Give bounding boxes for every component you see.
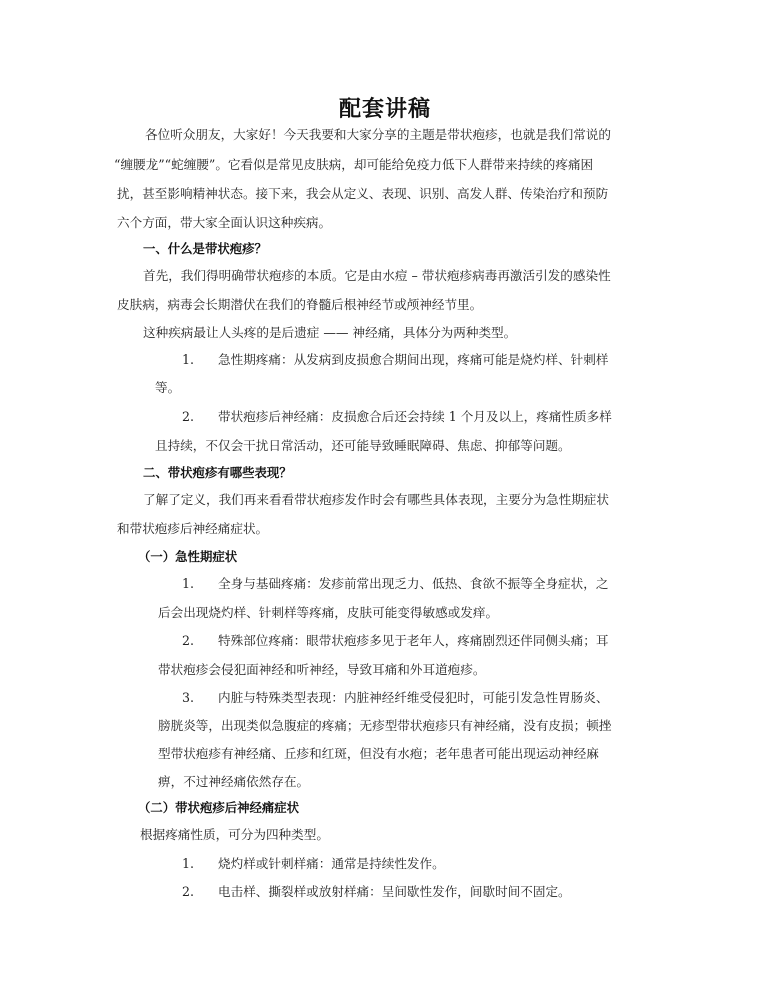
- list-number: 1.: [182, 352, 218, 368]
- list-number: 2.: [182, 409, 218, 425]
- section-heading: 二、带状疱疹有哪些表现？: [143, 465, 292, 481]
- list-item: 3.内脏与特殊类型表现：内脏神经纤维受侵犯时，可能引发急性胃肠炎、: [182, 690, 608, 706]
- intro-line: 六个方面，带大家全面认识这种疾病。: [117, 215, 331, 231]
- list-item-continuation: 膀胱炎等，出现类似急腹症的疼痛；无疹型带状疱疹只有神经痛，没有皮损；顿挫: [158, 718, 611, 734]
- subsection-heading: （二）带状疱疹后神经痛症状: [138, 800, 299, 816]
- list-item: 1.全身与基础疼痛：发疹前常出现乏力、低热、食欲不振等全身症状，之: [182, 576, 608, 592]
- section-heading: 一、什么是带状疱疹？: [143, 241, 267, 257]
- list-item: 2.特殊部位疼痛：眼带状疱疹多见于老年人，疼痛剧烈还伴同侧头痛；耳: [182, 633, 608, 649]
- list-item-continuation: 且持续，不仅会干扰日常活动，还可能导致睡眠障碍、焦虑、抑郁等问题。: [155, 438, 571, 454]
- list-number: 3.: [182, 690, 218, 706]
- list-number: 1.: [182, 576, 218, 592]
- list-number: 1.: [182, 856, 218, 872]
- paragraph-line: 这种疾病最让人头疼的是后遗症 —— 神经痛，具体分为两种类型。: [143, 325, 516, 341]
- list-item: 2.电击样、撕裂样或放射样痛：呈间歇性发作，间歇时间不固定。: [182, 884, 571, 900]
- page-title: 配套讲稿: [0, 92, 770, 123]
- paragraph-line: 根据疼痛性质，可分为四种类型。: [140, 827, 329, 843]
- paragraph-line: 皮肤病，病毒会长期潜伏在我们的脊髓后根神经节或颅神经节里。: [117, 297, 482, 313]
- intro-line: 扰，甚至影响精神状态。接下来，我会从定义、表现、识别、高发人群、传染治疗和预防: [117, 186, 608, 202]
- intro-line: “缠腰龙”“蛇缠腰”。它看似是常见皮肤病，却可能给免疫力低下人群带来持续的疼痛困: [114, 157, 593, 173]
- list-item: 1.烧灼样或针刺样痛：通常是持续性发作。: [182, 856, 445, 872]
- list-item-continuation: 等。: [155, 380, 180, 396]
- list-number: 2.: [182, 884, 218, 900]
- list-item-continuation: 后会出现烧灼样、针刺样等疼痛，皮肤可能变得敏感或发痒。: [158, 605, 498, 621]
- list-item-continuation: 痹，不过神经痛依然存在。: [158, 774, 309, 790]
- paragraph-line: 和带状疱疹后神经痛症状。: [117, 521, 268, 537]
- paragraph-line: 了解了定义，我们再来看看带状疱疹发作时会有哪些具体表现，主要分为急性期症状: [143, 492, 609, 508]
- paragraph-line: 首先，我们得明确带状疱疹的本质。它是由水痘 – 带状疱疹病毒再激活引发的感染性: [143, 268, 611, 284]
- intro-line: 各位听众朋友，大家好！今天我要和大家分享的主题是带状疱疹，也就是我们常说的: [145, 127, 611, 143]
- list-item-continuation: 型带状疱疹有神经痛、丘疹和红斑，但没有水疱；老年患者可能出现运动神经麻: [158, 746, 599, 762]
- subsection-heading: （一）急性期症状: [138, 549, 237, 565]
- list-item: 1.急性期疼痛：从发病到皮损愈合期间出现，疼痛可能是烧灼样、针刺样: [182, 352, 608, 368]
- list-item: 2.带状疱疹后神经痛：皮损愈合后还会持续 1 个月及以上，疼痛性质多样: [182, 409, 612, 425]
- list-item-continuation: 带状疱疹会侵犯面神经和听神经，导致耳痛和外耳道疱疹。: [158, 662, 485, 678]
- list-number: 2.: [182, 633, 218, 649]
